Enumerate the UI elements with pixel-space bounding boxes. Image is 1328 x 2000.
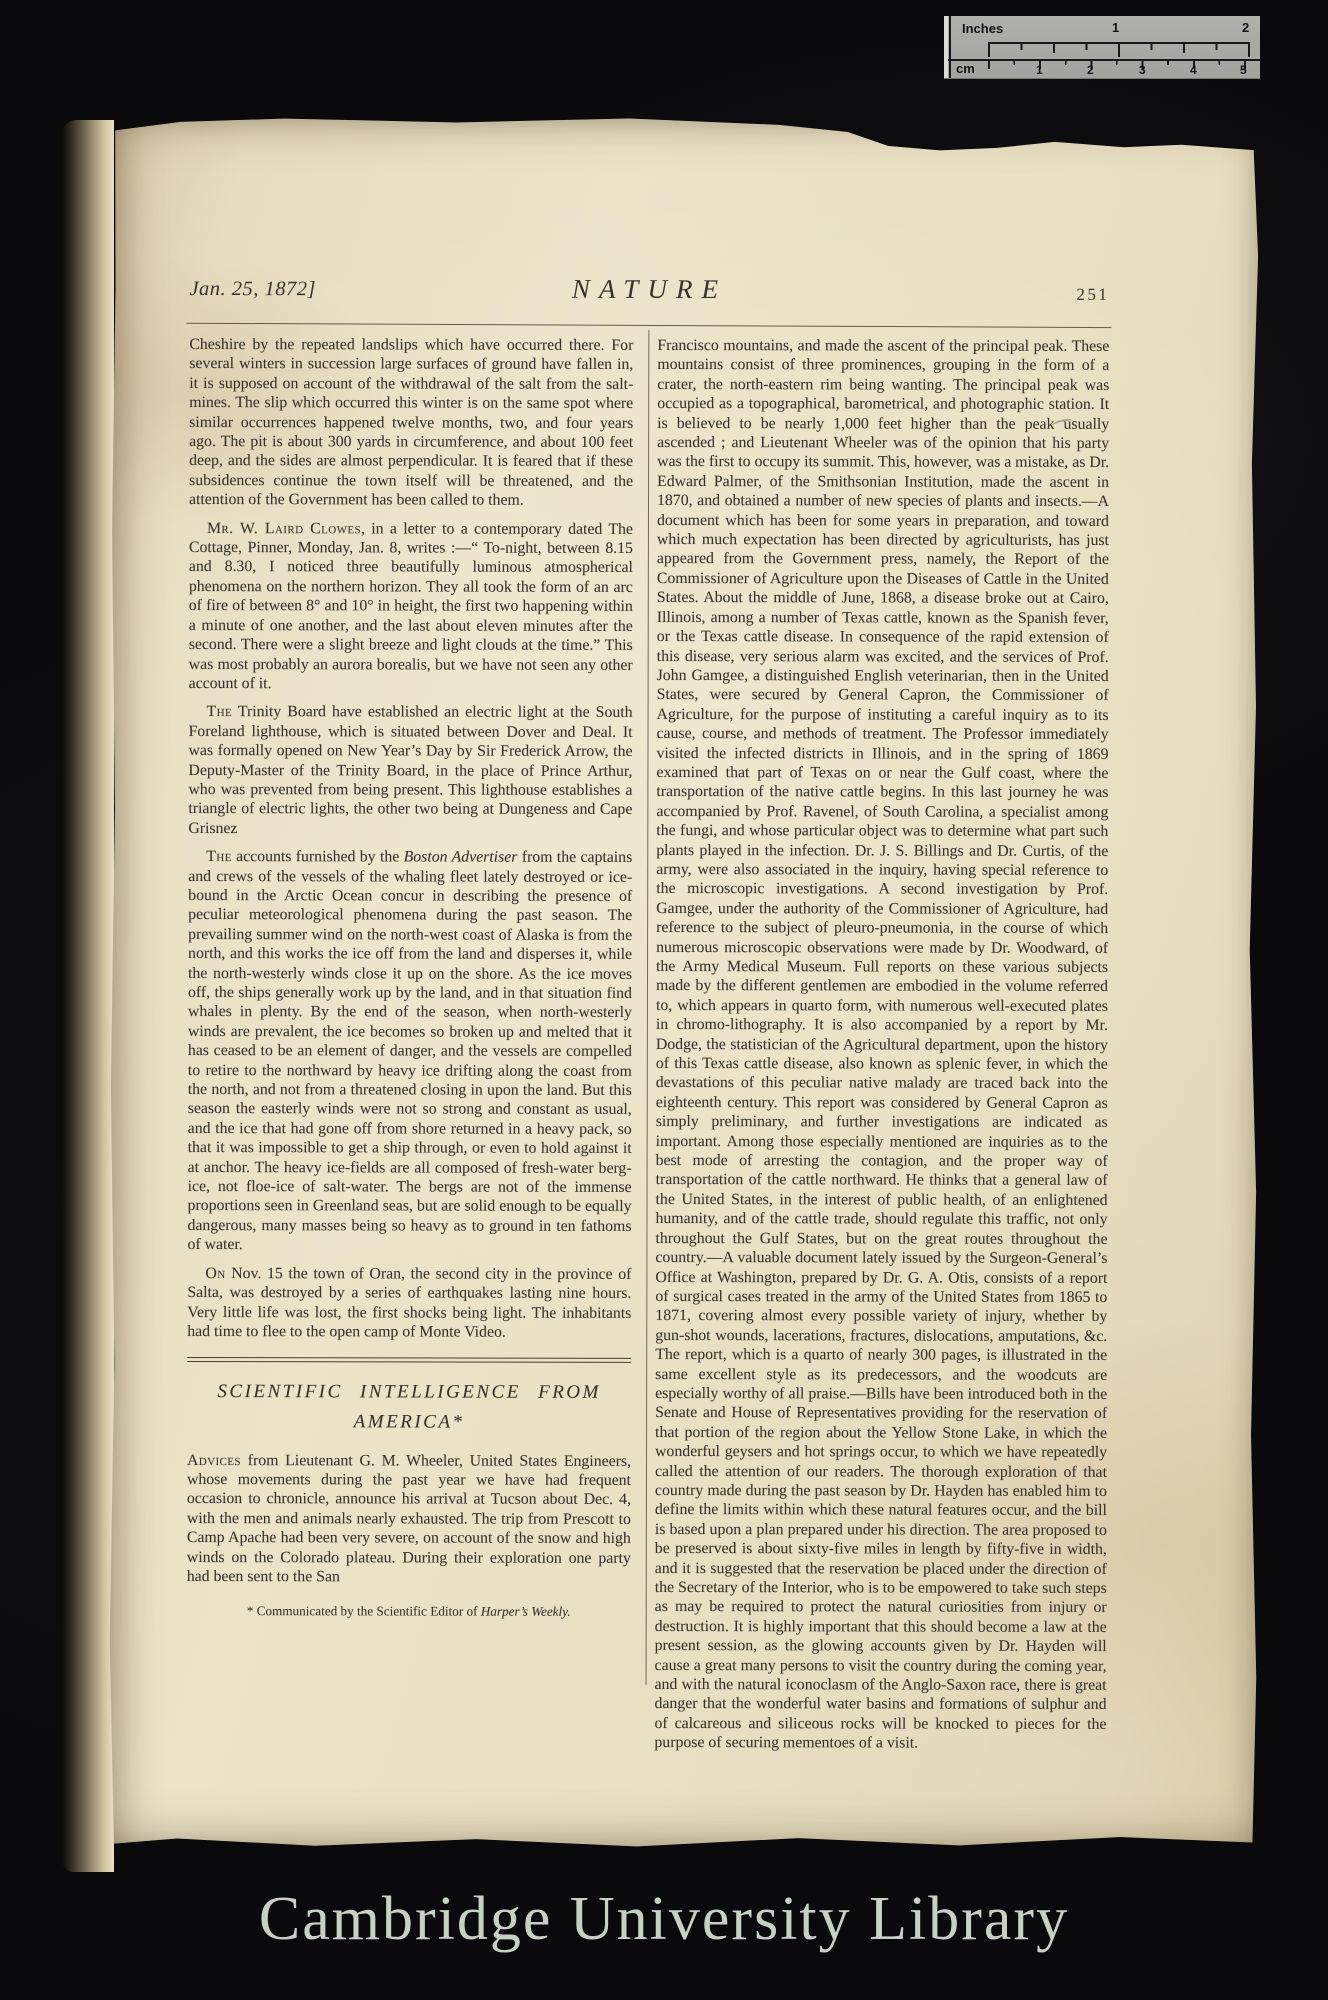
news-paragraph-cheshire: Cheshire by the repeated landslips which… <box>189 335 633 511</box>
advices-paragraph: Advices from Lieutenant G. M. Wheeler, U… <box>187 1451 631 1588</box>
paragraph-lead: The <box>206 848 232 865</box>
article-footnote: * Communicated by the Scientific Editor … <box>187 1601 631 1621</box>
ruler-cm-number-2: 2 <box>1087 63 1094 77</box>
left-column: Cheshire by the repeated landslips which… <box>187 335 634 1622</box>
ruler-cm-number-5: 5 <box>1240 63 1247 77</box>
continuation-paragraph: Francisco mountains, and made the ascent… <box>654 336 1109 1754</box>
photo-background: Inches 1 2 cm 1 2 3 4 5 117 Jan. 25, 187… <box>0 0 1328 2000</box>
journal-title: NATURE <box>189 273 1109 306</box>
ruler-inch-number-1: 1 <box>1112 20 1119 35</box>
news-paragraph-whaling-fleet: The accounts furnished by the Boston Adv… <box>187 847 632 1255</box>
news-paragraph-trinity-board: The Trinity Board have established an el… <box>188 702 632 839</box>
section-heading-line2: AMERICA* <box>187 1407 631 1438</box>
page-number: 251 <box>1076 285 1109 305</box>
footnote-publication: Harper’s Weekly. <box>481 1604 571 1619</box>
paragraph-text: Trinity Board have established an electr… <box>188 703 632 836</box>
journal-page: Jan. 25, 1872] NATURE 251 Cheshire by th… <box>108 115 1262 1851</box>
ruler-inch-number-2: 2 <box>1242 20 1249 35</box>
ruler-cm-number-1: 1 <box>1036 63 1043 77</box>
paragraph-text: accounts furnished by the <box>232 848 404 865</box>
paragraph-text: , in a letter to a contemporary dated Th… <box>189 520 633 692</box>
section-heading-line1: SCIENTIFIC INTELLIGENCE FROM <box>187 1377 631 1408</box>
ruler-inches-label: Inches <box>962 21 1003 36</box>
header-rule <box>186 323 1111 328</box>
paragraph-text: Nov. 15 the town of Oran, the second cit… <box>187 1265 631 1341</box>
footnote-text: * Communicated by the Scientific Editor … <box>247 1604 481 1619</box>
library-watermark: Cambridge University Library <box>0 1884 1328 1955</box>
publication-name: Boston Advertiser <box>404 849 518 866</box>
section-rule <box>187 1357 631 1362</box>
book-spine <box>62 120 114 1872</box>
ruler-cm-number-3: 3 <box>1139 63 1146 77</box>
news-paragraph-oran-earthquake: On Nov. 15 the town of Oran, the second … <box>187 1264 631 1343</box>
ruler-cm-label: cm <box>956 61 975 76</box>
column-divider <box>646 330 650 1685</box>
ruler-cm-number-4: 4 <box>1190 63 1197 77</box>
paragraph-text: from the captains and crews of the vesse… <box>187 849 632 1254</box>
section-heading: SCIENTIFIC INTELLIGENCE FROMAMERICA* <box>187 1377 631 1439</box>
paragraph-text: from Lieutenant G. M. Wheeler, United St… <box>187 1452 631 1586</box>
news-paragraph-laird-clowes: Mr. W. Laird Clowes, in a letter to a co… <box>189 519 633 695</box>
ruler-inch-whole-ticks <box>988 44 1250 57</box>
right-column: Francisco mountains, and made the ascent… <box>654 336 1109 1763</box>
paragraph-lead: Advices <box>187 1452 241 1469</box>
paragraph-lead: The <box>207 703 233 720</box>
paragraph-lead: Mr. W. Laird Clowes <box>207 520 361 537</box>
paragraph-lead: On <box>205 1265 225 1282</box>
ruler-cm-major-ticks <box>988 61 1250 69</box>
photo-ruler: Inches 1 2 cm 1 2 3 4 5 <box>944 16 1260 78</box>
